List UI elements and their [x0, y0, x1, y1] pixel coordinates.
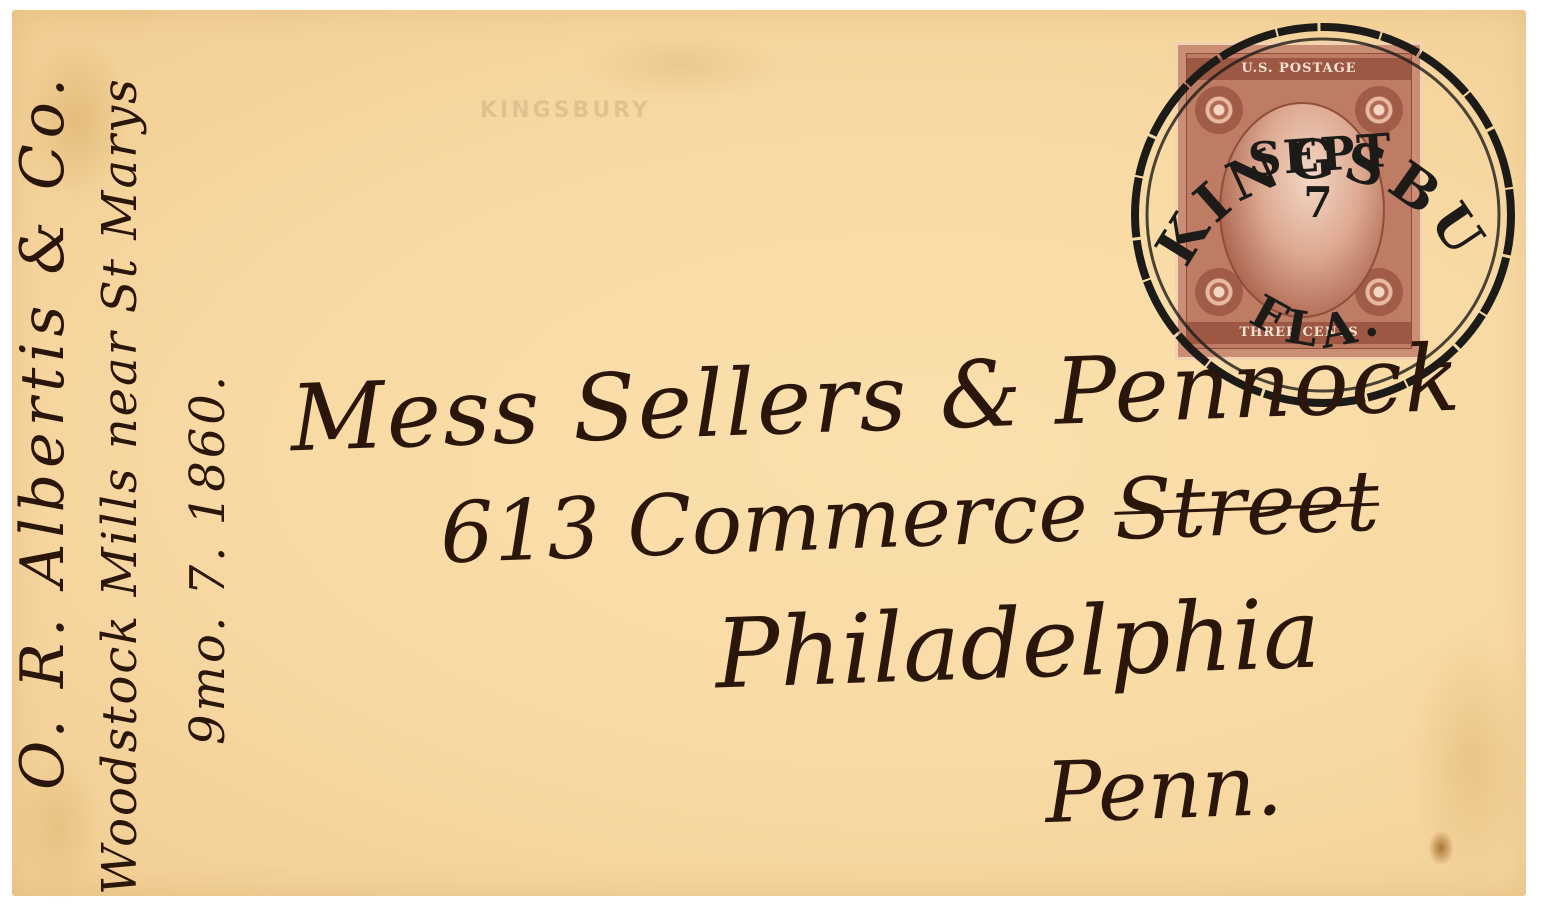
- docket-date: 9mo. 7. 1860.: [180, 373, 236, 745]
- street-number: 613: [439, 479, 603, 583]
- address-city: Philadelphia: [713, 577, 1322, 710]
- docket-location: Woodstock Mills near St Marys: [92, 77, 148, 895]
- street-name: Commerce: [626, 462, 1090, 576]
- postmark-month: SEPT: [1246, 125, 1389, 185]
- age-stain: [1412, 630, 1532, 890]
- docket-sender: O. R. Albertis & Co.: [8, 72, 78, 790]
- address-state: Penn.: [1043, 736, 1284, 842]
- foxing-spot: [1428, 830, 1454, 866]
- struck-street-word: Street: [1113, 452, 1381, 559]
- postmark-offset-ghost: KINGSBURY: [480, 98, 651, 123]
- postmark-day: 7: [1248, 180, 1388, 226]
- rosette-icon: [1195, 86, 1243, 134]
- age-stain: [582, 30, 782, 100]
- postmark-date: SEPT 7: [1248, 130, 1388, 226]
- stamp-top-label: U.S. POSTAGE: [1187, 58, 1411, 80]
